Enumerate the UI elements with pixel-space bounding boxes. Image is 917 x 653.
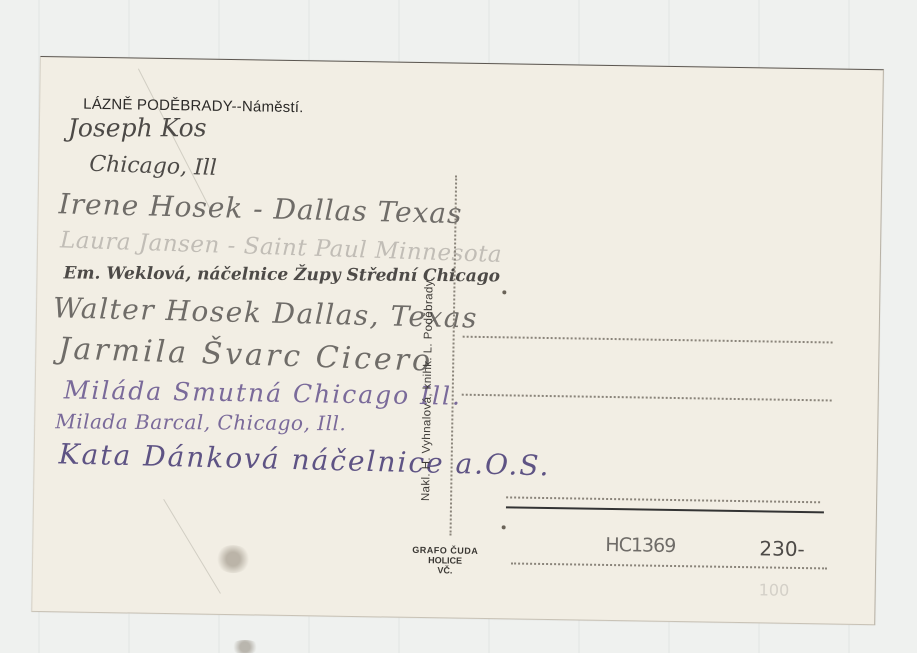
crease-mark (163, 499, 221, 594)
handwriting-line: Milada Barcal, Chicago, Ill. (55, 409, 346, 435)
handwriting-line: Joseph Kos (68, 113, 207, 142)
handwriting-line: Chicago, Ill (89, 152, 217, 181)
stain-mark (230, 640, 260, 653)
address-underline (506, 506, 824, 513)
handwriting-line: Jarmila Švarc Cicero (58, 331, 434, 378)
catalog-number: HC1369 (605, 534, 675, 557)
address-line-4 (511, 562, 827, 569)
printer-mark-line1: GRAFO ČUDA (405, 545, 485, 556)
address-line-1 (463, 336, 833, 344)
handwriting-line: Miláda Smutná Chicago Ill. (64, 375, 463, 410)
handwriting-line: Irene Hosek - Dallas Texas (58, 187, 463, 230)
faint-number: 100 (759, 580, 790, 599)
ink-speck (502, 525, 506, 529)
handwriting-line: Walter Hosek Dallas, Texas (53, 291, 479, 334)
postcard-back: LÁZNĚ PODĚBRADY--Náměstí. Joseph Kos Chi… (31, 56, 884, 625)
printer-mark-line3: VČ. (405, 565, 485, 576)
address-line-3 (506, 496, 820, 503)
address-line-2 (462, 394, 832, 402)
stain-mark (215, 545, 251, 574)
price-annotation: 230- (759, 536, 805, 561)
printer-mark: GRAFO ČUDA HOLICE VČ. (405, 545, 485, 576)
handwriting-line: Kata Dánková náčelnice a.O.S. (58, 437, 551, 482)
handwriting-line: Laura Jansen - Saint Paul Minnesota (60, 227, 503, 268)
ink-speck (502, 290, 506, 294)
